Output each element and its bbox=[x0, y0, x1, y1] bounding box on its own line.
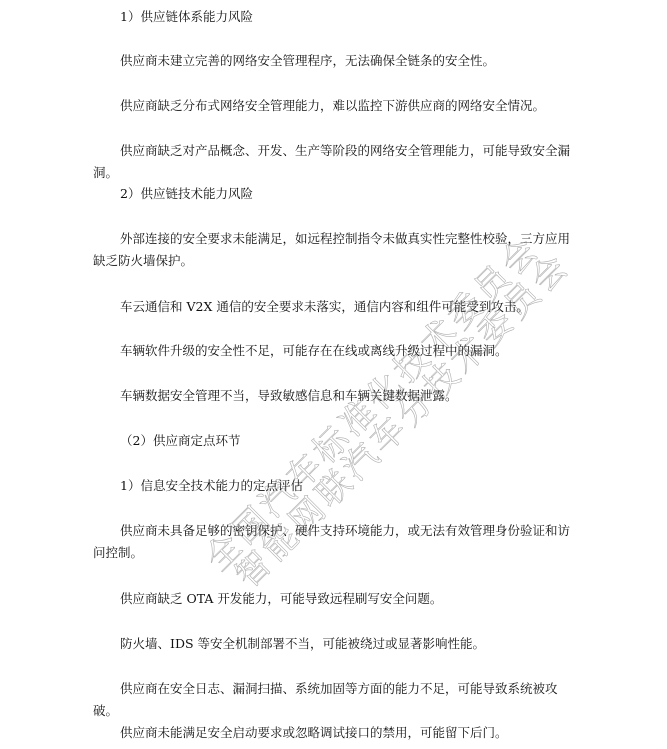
paragraph: 供应商在安全日志、漏洞扫描、系统加固等方面的能力不足，可能导致系统被攻破。 bbox=[93, 678, 578, 722]
paragraph: 供应商未建立完善的网络安全管理程序，无法确保全链条的安全性。 bbox=[93, 50, 578, 72]
document-page: 1）供应链体系能力风险 供应商未建立完善的网络安全管理程序，无法确保全链条的安全… bbox=[0, 0, 667, 749]
heading-supply-chain-system-risk: 1）供应链体系能力风险 bbox=[93, 6, 578, 28]
paragraph: 供应商未具备足够的密钥保护、硬件支持环境能力，或无法有效管理身份验证和访问控制。 bbox=[93, 520, 578, 564]
paragraph: 供应商缺乏对产品概念、开发、生产等阶段的网络安全管理能力，可能导致安全漏洞。 bbox=[93, 140, 578, 184]
paragraph: 防火墙、IDS 等安全机制部署不当，可能被绕过或显著影响性能。 bbox=[93, 633, 578, 655]
paragraph: 供应商缺乏分布式网络安全管理能力，难以监控下游供应商的网络安全情况。 bbox=[93, 95, 578, 117]
paragraph: 供应商未能满足安全启动要求或忽略调试接口的禁用，可能留下后门。 bbox=[93, 722, 578, 744]
heading-supply-chain-tech-risk: 2）供应链技术能力风险 bbox=[93, 183, 578, 205]
paragraph: 供应商缺乏 OTA 开发能力，可能导致远程刷写安全问题。 bbox=[93, 588, 578, 610]
